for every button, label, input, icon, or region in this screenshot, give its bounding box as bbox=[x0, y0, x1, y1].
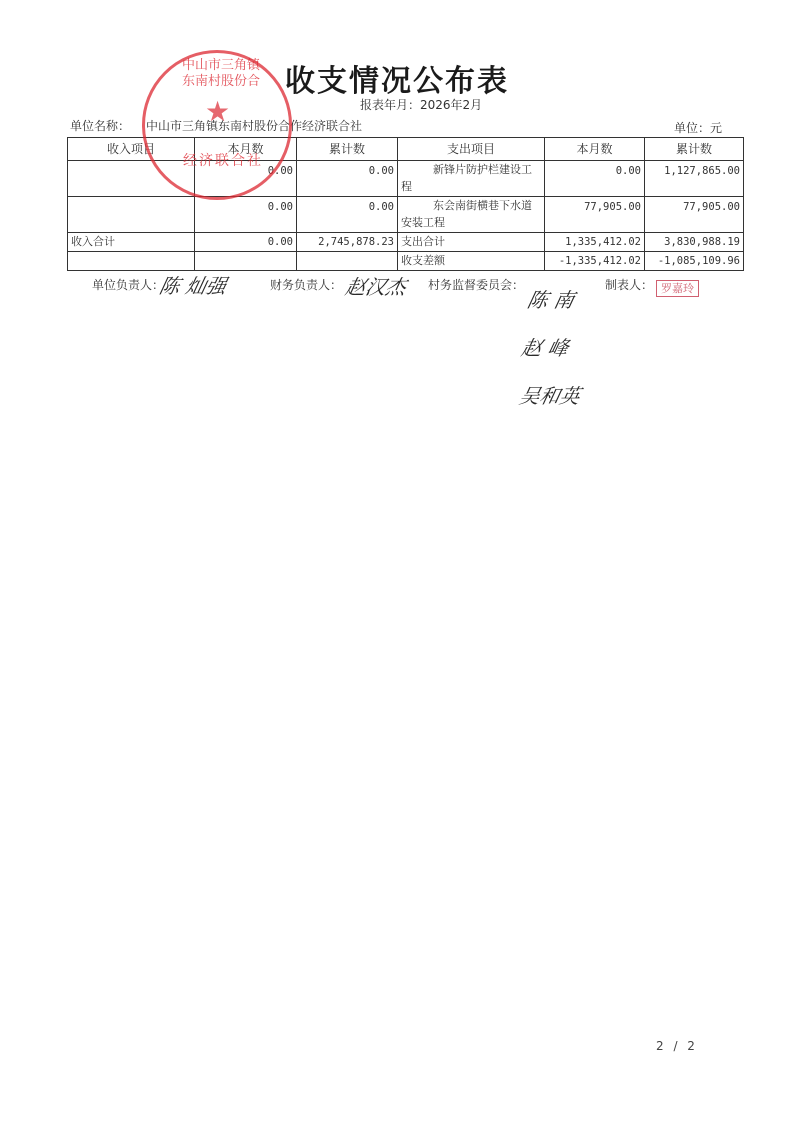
finance-head-signature: 赵汉杰 bbox=[343, 271, 409, 300]
unit-name-label: 单位名称： bbox=[70, 117, 130, 134]
empty-cell bbox=[68, 252, 195, 271]
finance-head-label: 财务负责人： bbox=[270, 276, 342, 293]
supervision-signature-1: 陈 南 bbox=[525, 284, 578, 313]
supervision-committee-label: 村务监督委员会： bbox=[428, 276, 524, 293]
header-income-item: 收入项目 bbox=[68, 138, 195, 161]
income-month: 0.00 bbox=[195, 161, 297, 197]
income-item bbox=[68, 161, 195, 197]
expense-item: 东会南街横巷下水道安装工程 bbox=[398, 197, 545, 233]
currency-unit-label: 单位：元 bbox=[674, 119, 722, 136]
income-expense-table: 收入项目 本月数 累计数 支出项目 本月数 累计数 0.00 0.00 新锋片防… bbox=[67, 137, 744, 271]
balance-label: 收支差额 bbox=[398, 252, 545, 271]
empty-cell bbox=[297, 252, 398, 271]
expense-total-label: 支出合计 bbox=[398, 233, 545, 252]
table-row: 0.00 0.00 东会南街横巷下水道安装工程 77,905.00 77,905… bbox=[68, 197, 744, 233]
balance-month: -1,335,412.02 bbox=[545, 252, 645, 271]
page-number: 2 / 2 bbox=[656, 1039, 698, 1053]
income-item bbox=[68, 197, 195, 233]
expense-month: 77,905.00 bbox=[545, 197, 645, 233]
expense-item: 新锋片防护栏建设工程 bbox=[398, 161, 545, 197]
table-header-row: 收入项目 本月数 累计数 支出项目 本月数 累计数 bbox=[68, 138, 744, 161]
totals-row: 收入合计 0.00 2,745,878.23 支出合计 1,335,412.02… bbox=[68, 233, 744, 252]
table-row: 0.00 0.00 新锋片防护栏建设工程 0.00 1,127,865.00 bbox=[68, 161, 744, 197]
expense-total-month: 1,335,412.02 bbox=[545, 233, 645, 252]
header-expense-month: 本月数 bbox=[545, 138, 645, 161]
preparer-name-stamp: 罗嘉玲 bbox=[656, 280, 699, 297]
income-cumulative: 0.00 bbox=[297, 161, 398, 197]
supervision-signature-3: 吴和英 bbox=[517, 380, 583, 409]
expense-total-cumulative: 3,830,988.19 bbox=[645, 233, 744, 252]
income-total-label: 收入合计 bbox=[68, 233, 195, 252]
empty-cell bbox=[195, 252, 297, 271]
unit-head-signature: 陈 灿强 bbox=[157, 270, 230, 299]
balance-row: 收支差额 -1,335,412.02 -1,085,109.96 bbox=[68, 252, 744, 271]
income-month: 0.00 bbox=[195, 197, 297, 233]
income-cumulative: 0.00 bbox=[297, 197, 398, 233]
balance-cumulative: -1,085,109.96 bbox=[645, 252, 744, 271]
header-income-month: 本月数 bbox=[195, 138, 297, 161]
document-title: 收支情况公布表 bbox=[0, 56, 794, 100]
income-total-month: 0.00 bbox=[195, 233, 297, 252]
expense-month: 0.00 bbox=[545, 161, 645, 197]
expense-cumulative: 77,905.00 bbox=[645, 197, 744, 233]
income-total-cumulative: 2,745,878.23 bbox=[297, 233, 398, 252]
report-period: 报表年月：2026年2月 bbox=[360, 96, 482, 113]
unit-head-label: 单位负责人： bbox=[92, 276, 164, 293]
unit-name: 中山市三角镇东南村股份合作经济联合社 bbox=[146, 117, 362, 134]
supervision-signature-2: 赵 峰 bbox=[519, 332, 572, 361]
preparer-label: 制表人： bbox=[605, 276, 653, 293]
header-income-cumulative: 累计数 bbox=[297, 138, 398, 161]
header-expense-cumulative: 累计数 bbox=[645, 138, 744, 161]
header-expense-item: 支出项目 bbox=[398, 138, 545, 161]
expense-cumulative: 1,127,865.00 bbox=[645, 161, 744, 197]
